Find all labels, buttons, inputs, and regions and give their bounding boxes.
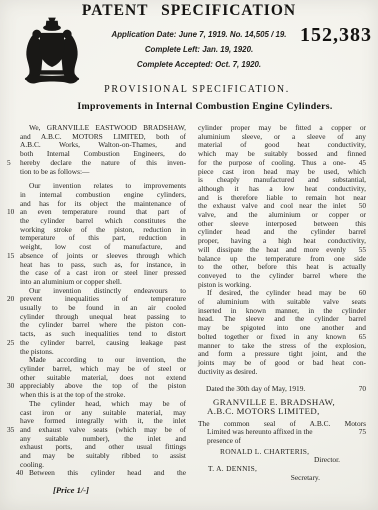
price-note: [Price 1/-]	[53, 485, 89, 495]
invention-title: Improvements in Internal Combustion Engi…	[16, 101, 378, 112]
line-number: 30	[7, 382, 14, 391]
text-line: Between this cylinder head and the40	[20, 469, 186, 478]
body-columns: We, GRANVILLE EASTWOOD BRADSHAW,and A.B.…	[0, 124, 366, 482]
text-line: presence of	[198, 437, 366, 446]
text-line: ductivity as desired.	[198, 368, 366, 377]
patent-number: 152,383	[300, 24, 372, 47]
filing-dates-block: Application Date: June 7, 1919. No. 14,5…	[96, 30, 302, 69]
line-number: 10	[7, 208, 14, 217]
patent-document-page: PATENT SPECIFICATION Application Date: J…	[0, 0, 378, 510]
text-line: Secretary.	[198, 474, 366, 483]
line-number: 40	[7, 469, 23, 478]
complete-accepted-line: Complete Accepted: Oct. 7, 1920.	[96, 60, 302, 69]
line-number: 35	[7, 426, 14, 435]
line-number: 5	[7, 159, 11, 168]
complete-left-line: Complete Left: Jan. 19, 1920.	[96, 45, 302, 54]
text-line: T. A. DENNIS,	[198, 465, 366, 474]
line-number: 20	[7, 295, 14, 304]
text-line: A.B.C. MOTORS LIMITED,	[198, 407, 366, 416]
right-column: cylinder proper may be fitted a copper o…	[198, 124, 366, 482]
line-number: 75	[359, 428, 366, 437]
section-heading: PROVISIONAL SPECIFICATION.	[8, 84, 378, 95]
text-line: RONALD L. CHARTERIS,	[198, 448, 366, 457]
royal-coat-of-arms-icon	[20, 17, 84, 93]
line-number: 25	[7, 339, 14, 348]
line-number: 15	[7, 252, 14, 261]
text-line: tion to be as follows:—	[20, 168, 186, 177]
left-column: We, GRANVILLE EASTWOOD BRADSHAW,and A.B.…	[20, 124, 186, 482]
line-number: 70	[359, 385, 366, 394]
text-line: Dated the 30th day of May, 1919.70	[198, 385, 366, 394]
text-line: and may be suitably ribbed to assist	[20, 452, 186, 461]
application-date-line: Application Date: June 7, 1919. No. 14,5…	[96, 30, 302, 39]
